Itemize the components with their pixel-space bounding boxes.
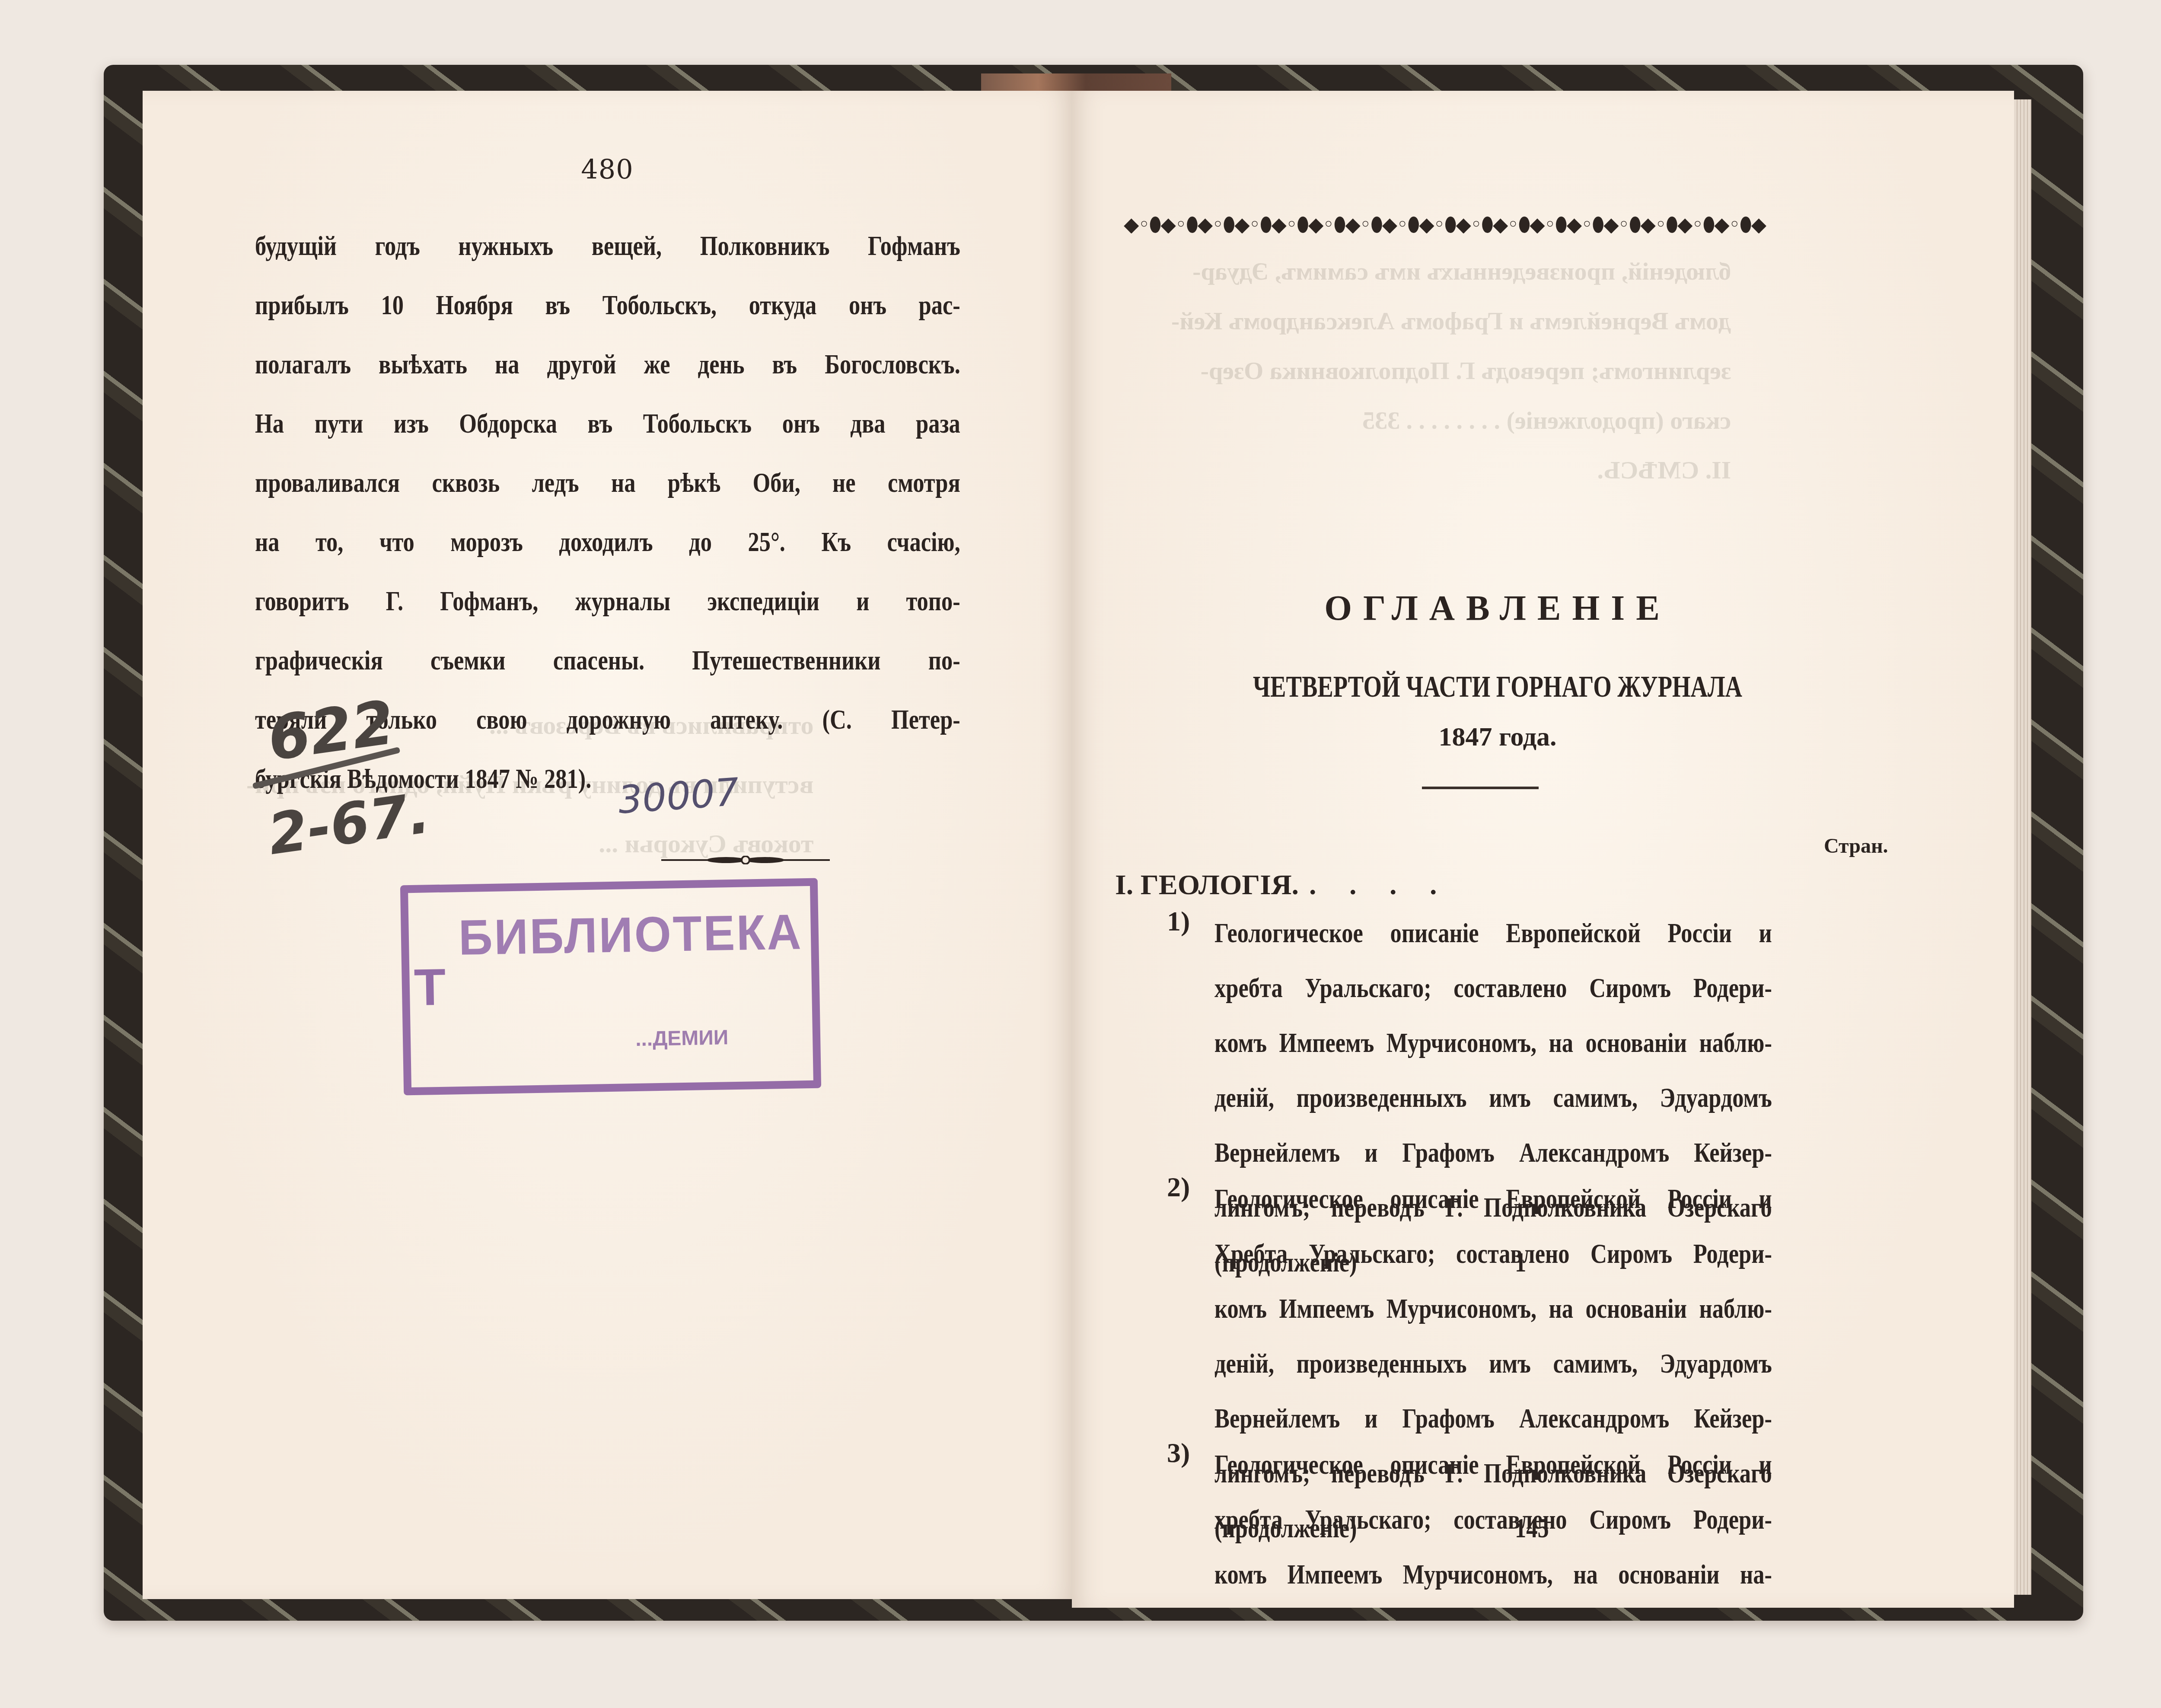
entry-line: хребта Уральскаго; составлено Сиромъ Род… (1214, 1492, 1772, 1547)
entry-line: Хребта Уральскаго; составлено Сиромъ Род… (1214, 1226, 1772, 1281)
text-line: полагалъ выѣхать на другой же день въ Бо… (255, 335, 960, 394)
library-stamp: БИБЛИОТЕКА Т ...ДЕМИИ (400, 878, 821, 1096)
entry-line: Геологическое описаніе Европейской Россі… (1214, 1171, 1772, 1226)
left-page: отправились въ Березовъ ...вступили въ д… (143, 91, 1072, 1599)
text-line: На пути изъ Обдорска въ Тобольскъ онъ дв… (255, 394, 960, 453)
ornament-band-icon: ◆◦⬮◆◦⬮◆◦⬮◆◦⬮◆◦⬮◆◦⬮◆◦⬮◆◦⬮◆◦⬮◆◦⬮◆◦⬮◆◦⬮◆◦⬮◆… (1124, 216, 1863, 233)
stamp-title: БИБЛИОТЕКА (458, 903, 803, 966)
text-line: на то, что морозъ доходилъ до 25°. Къ сч… (255, 512, 960, 571)
stamp-subtitle: ...ДЕМИИ (635, 1026, 729, 1051)
toc-year: 1847 года. (1072, 722, 1923, 752)
page-edges (2014, 99, 2031, 1595)
entry-line: Геологическое описаніе Европейской Россі… (1214, 905, 1772, 960)
toc-subtitle: ЧЕТВЕРТОЙ ЧАСТИ ГОРНАГО ЖУРНАЛА (1166, 670, 1830, 704)
toc-title: ОГЛАВЛЕНІЕ (1072, 588, 1923, 628)
text-line: проваливался сквозь ледъ на рѣкѣ Оби, не… (255, 453, 960, 512)
entry-number: 3) (1167, 1437, 1190, 1469)
text-line: графическія съемки спасены. Путешественн… (255, 631, 960, 690)
text-line: прибылъ 10 Ноября въ Тобольскъ, откуда о… (255, 275, 960, 335)
ornament-divider-icon (661, 856, 830, 864)
page-column-header: Стран. (1824, 834, 1888, 858)
entry-line: комъ Импеемъ Мурчисономъ, на основаніи н… (1214, 1281, 1772, 1336)
inventory-number: 30007 (617, 769, 740, 822)
page-number: 480 (143, 153, 1072, 185)
section-label: I. ГЕОЛОГІЯ. (1115, 869, 1299, 901)
text-line: говоритъ Г. Гофманъ, журналы экспедиціи … (255, 571, 960, 631)
section-leader: . . . . (1309, 869, 1450, 901)
entry-number: 2) (1167, 1171, 1190, 1203)
entry-line: хребта Уральскаго; составлено Сиромъ Род… (1214, 960, 1772, 1015)
entry-line: деній, произведенныхъ имъ самимъ, Эдуард… (1214, 1336, 1772, 1391)
title-rule (1422, 787, 1539, 789)
entry-line: комъ Импеемъ Мурчисономъ, на основаніи н… (1214, 1547, 1772, 1602)
entry-line: деній, произведенныхъ имъ самимъ, Эдуард… (1214, 1070, 1772, 1125)
section-heading: I. ГЕОЛОГІЯ.. . . . (1115, 869, 1450, 902)
entry-line: комъ Импеемъ Мурчисономъ, на основаніи н… (1214, 1015, 1772, 1070)
stamp-letter: Т (414, 957, 446, 1017)
entry-number: 1) (1167, 905, 1190, 937)
right-page: блюденій, произведенныхъ имъ самимъ, Эду… (1072, 91, 2014, 1608)
entry-line: Геологическое описаніе Европейской Россі… (1214, 1437, 1772, 1492)
text-line: будущій годъ нужныхъ вещей, Полковникъ Г… (255, 216, 960, 275)
show-through-text: блюденій, произведенныхъ имъ самимъ, Эду… (1171, 246, 1731, 495)
